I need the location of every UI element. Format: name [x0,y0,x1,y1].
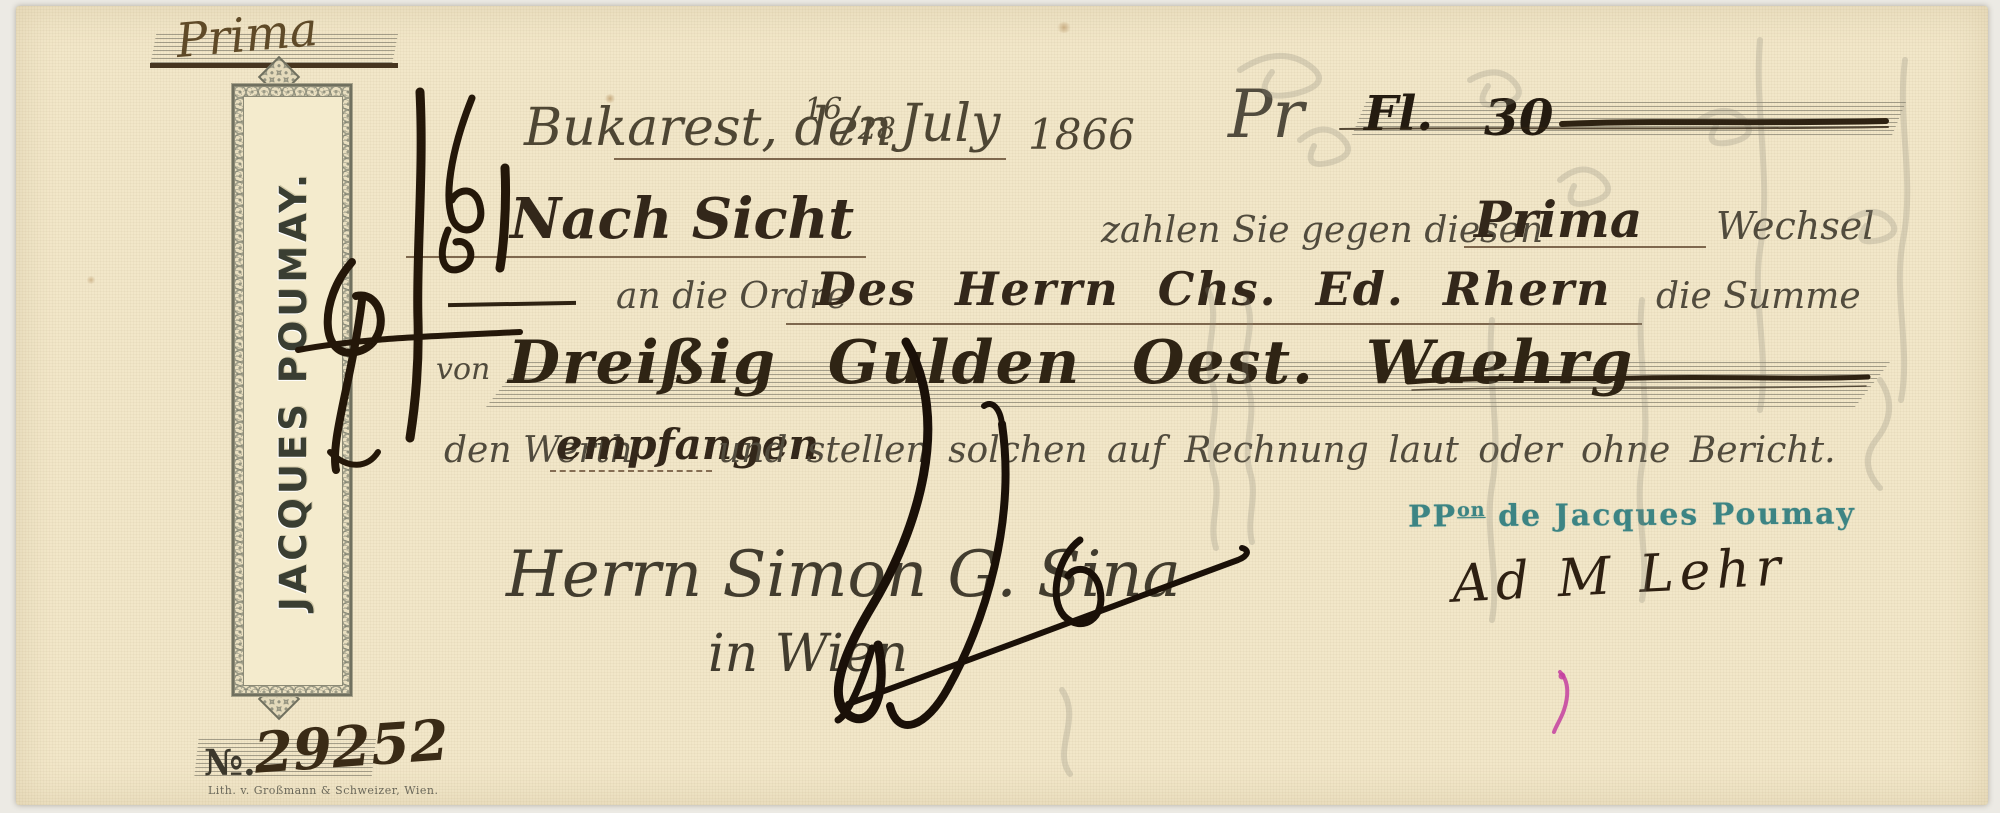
amount-band [1352,102,1906,135]
empfangen-underline [550,470,712,472]
date-year: 1866 [1028,110,1135,159]
serial-no-symbol: №. [204,742,256,784]
drawee-name: Herrn Simon G. Sina [506,538,1181,612]
currency-unit: Fl. [1364,86,1433,142]
foxing-spot [86,276,96,284]
procuration-stamp: PPon de Jacques Poumay [1408,496,1856,534]
issuer-name-vertical: JACQUES POUMAY. [272,170,315,611]
bill-of-exchange-sheet: Prima JACQUES POUMAY. №. 29252 Lith. v. … [16,6,1988,805]
date-day: 16/28 [804,92,896,150]
issuer-banner-inner: JACQUES POUMAY. [243,96,343,686]
date-day-separator: / [842,96,858,150]
summe-word: die Summe [1656,276,1861,317]
amount-in-words: Dreißig Gulden Oest. Waehrg [508,328,1634,398]
currency-prefix: Pr [1228,76,1304,153]
serial-number: 29252 [252,707,451,786]
drawee-city: in Wien [708,624,908,684]
foxing-spot [1056,22,1072,33]
order-clause: an die Ordre [616,276,848,317]
date-day-upper: 16 [804,92,842,127]
stamp-sup: on [1457,499,1486,521]
von-word: von [436,352,490,387]
endorsement-signature: Ad M Lehr [1451,537,1788,614]
stamp-pp: PP [1408,499,1457,534]
order-lead-line [448,301,576,307]
amount-numeric: 30 [1484,88,1554,147]
lithographer-imprint: Lith. v. Großmann & Schweizer, Wien. [208,784,438,797]
payee-name: Des Herrn Chs. Ed. Rhern [816,262,1612,316]
sight-underline [406,256,866,258]
issuer-banner: JACQUES POUMAY. [232,84,352,696]
sight-term: Nach Sicht [510,186,854,252]
stamp-rest: de Jacques Poumay [1486,496,1856,534]
value-clause-rest: und stellen solchen auf Rechnung laut od… [718,430,1836,471]
payee-underline [786,323,1642,325]
prima-word: Prima [1474,190,1642,249]
date-underline [614,158,1006,160]
wechsel-word: Wechsel [1716,204,1874,248]
foxing-spot [604,94,616,103]
date-day-lower: 28 [858,112,896,147]
date-month: July [900,94,1000,154]
